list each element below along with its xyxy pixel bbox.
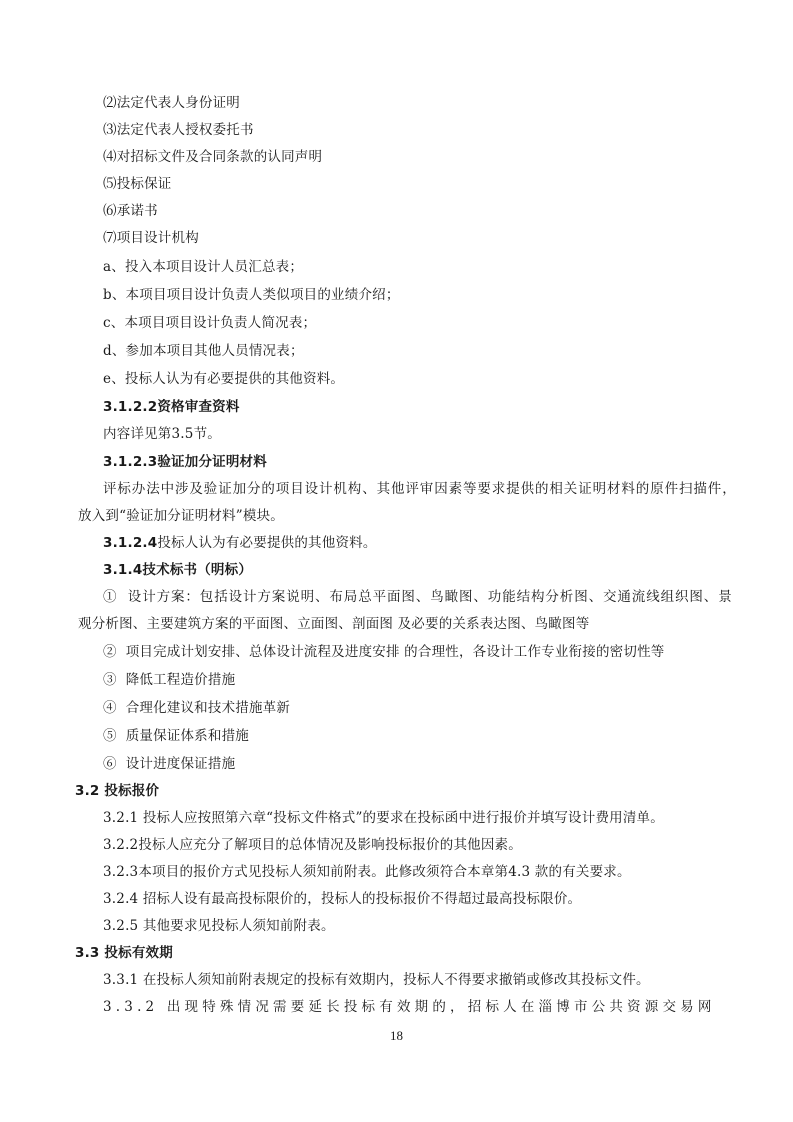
tech-item-text: 设计进度保证措施 bbox=[126, 756, 236, 772]
sub-list-item: d、参加本项目其他人员情况表； bbox=[103, 342, 304, 360]
sub-list-item: b、本项目项目设计负责人类似项目的业绩介绍； bbox=[103, 286, 400, 304]
clause: 3.3.1 在投标人须知前附表规定的投标有效期内，投标人不得要求撤销或修改其投标… bbox=[103, 971, 650, 989]
tech-item: ② 项目完成计划安排、总体设计流程及进度安排 的合理性，各设计工作专业衔接的密切… bbox=[103, 643, 664, 661]
tech-item-text: 合理化建议和技术措施革新 bbox=[126, 700, 290, 716]
tech-item-text: 降低工程造价措施 bbox=[126, 672, 236, 688]
section-heading-3-1-2-4: 3.1.2.4投标人认为有必要提供的其他资料。 bbox=[103, 534, 377, 552]
circled-number-marker: ② bbox=[103, 644, 117, 660]
tech-item-text: 设计方案：包括设计方案说明、布局总平面图、鸟瞰图、功能结构分析图、交通流线组织图… bbox=[128, 589, 733, 605]
sub-list-item: c、本项目项目设计负责人简况表； bbox=[103, 314, 316, 332]
section-heading-3-3: 3.3 投标有效期 bbox=[75, 944, 173, 962]
clause: 3.2.1 投标人应按照第六章“投标文件格式”的要求在投标函中进行报价并填写设计… bbox=[103, 809, 664, 827]
circled-number-marker: ⑥ bbox=[103, 756, 117, 772]
circled-number-marker: ③ bbox=[103, 672, 117, 688]
section-body-line: 放入到“验证加分证明材料”模块。 bbox=[78, 507, 284, 525]
section-heading-3-1-4: 3.1.4技术标书（明标） bbox=[103, 561, 252, 579]
clause: 3.2.2投标人应充分了解项目的总体情况及影响投标报价的其他因素。 bbox=[103, 836, 522, 854]
section-heading-text: 投标人认为有必要提供的其他资料。 bbox=[157, 535, 376, 551]
section-body-line: 评标办法中涉及验证加分的项目设计机构、其他评审因素等要求提供的相关证明材料的原件… bbox=[103, 480, 737, 498]
tech-item: ⑥ 设计进度保证措施 bbox=[103, 755, 235, 773]
section-heading-3-2: 3.2 投标报价 bbox=[75, 782, 159, 800]
document-page: ⑵法定代表人身份证明 ⑶法定代表人授权委托书 ⑷对招标文件及合同条款的认同声明 … bbox=[0, 0, 793, 1122]
section-number: 3.1.2.4 bbox=[103, 535, 157, 551]
clause: 3.2.3本项目的报价方式见投标人须知前附表。此修改须符合本章第4.3 款的有关… bbox=[103, 863, 631, 881]
page-number: 18 bbox=[0, 1028, 793, 1044]
circled-number-marker: ⑤ bbox=[103, 728, 117, 744]
tech-item-continuation: 观分析图、主要建筑方案的平面图、立面图、剖面图 及必要的关系表达图、鸟瞰图等 bbox=[78, 615, 589, 633]
tech-item: ⑤ 质量保证体系和措施 bbox=[103, 727, 249, 745]
sub-list-item: e、投标人认为有必要提供的其他资料。 bbox=[103, 370, 344, 388]
circled-number-marker: ④ bbox=[103, 700, 117, 716]
clause: 3.2.4 招标人设有最高投标限价的，投标人的投标报价不得超过最高投标限价。 bbox=[103, 890, 581, 908]
list-item: ⑹承诺书 bbox=[103, 202, 158, 220]
tech-item: ③ 降低工程造价措施 bbox=[103, 671, 235, 689]
tech-item-text: 质量保证体系和措施 bbox=[126, 728, 249, 744]
section-heading-3-1-2-2: 3.1.2.2资格审查资料 bbox=[103, 398, 240, 416]
list-item: ⑶法定代表人授权委托书 bbox=[103, 121, 254, 139]
tech-item: ④ 合理化建议和技术措施革新 bbox=[103, 699, 290, 717]
clause: 3.2.5 其他要求见投标人须知前附表。 bbox=[103, 917, 335, 935]
list-item: ⑵法定代表人身份证明 bbox=[103, 94, 240, 112]
list-item: ⑷对招标文件及合同条款的认同声明 bbox=[103, 148, 322, 166]
section-body: 内容详见第3.5节。 bbox=[103, 425, 221, 443]
sub-list-item: a、投入本项目设计人员汇总表； bbox=[103, 258, 303, 276]
section-heading-3-1-2-3: 3.1.2.3验证加分证明材料 bbox=[103, 453, 267, 471]
list-item: ⑸投标保证 bbox=[103, 175, 172, 193]
list-item: ⑺项目设计机构 bbox=[103, 229, 199, 247]
clause: 3.3.2 出现特殊情况需要延长投标有效期的，招标人在淄博市公共资源交易网 bbox=[103, 998, 716, 1016]
tech-item: ① 设计方案：包括设计方案说明、布局总平面图、鸟瞰图、功能结构分析图、交通流线组… bbox=[103, 588, 733, 606]
circled-number-marker: ① bbox=[103, 589, 117, 605]
tech-item-text: 项目完成计划安排、总体设计流程及进度安排 的合理性，各设计工作专业衔接的密切性等 bbox=[126, 644, 665, 660]
